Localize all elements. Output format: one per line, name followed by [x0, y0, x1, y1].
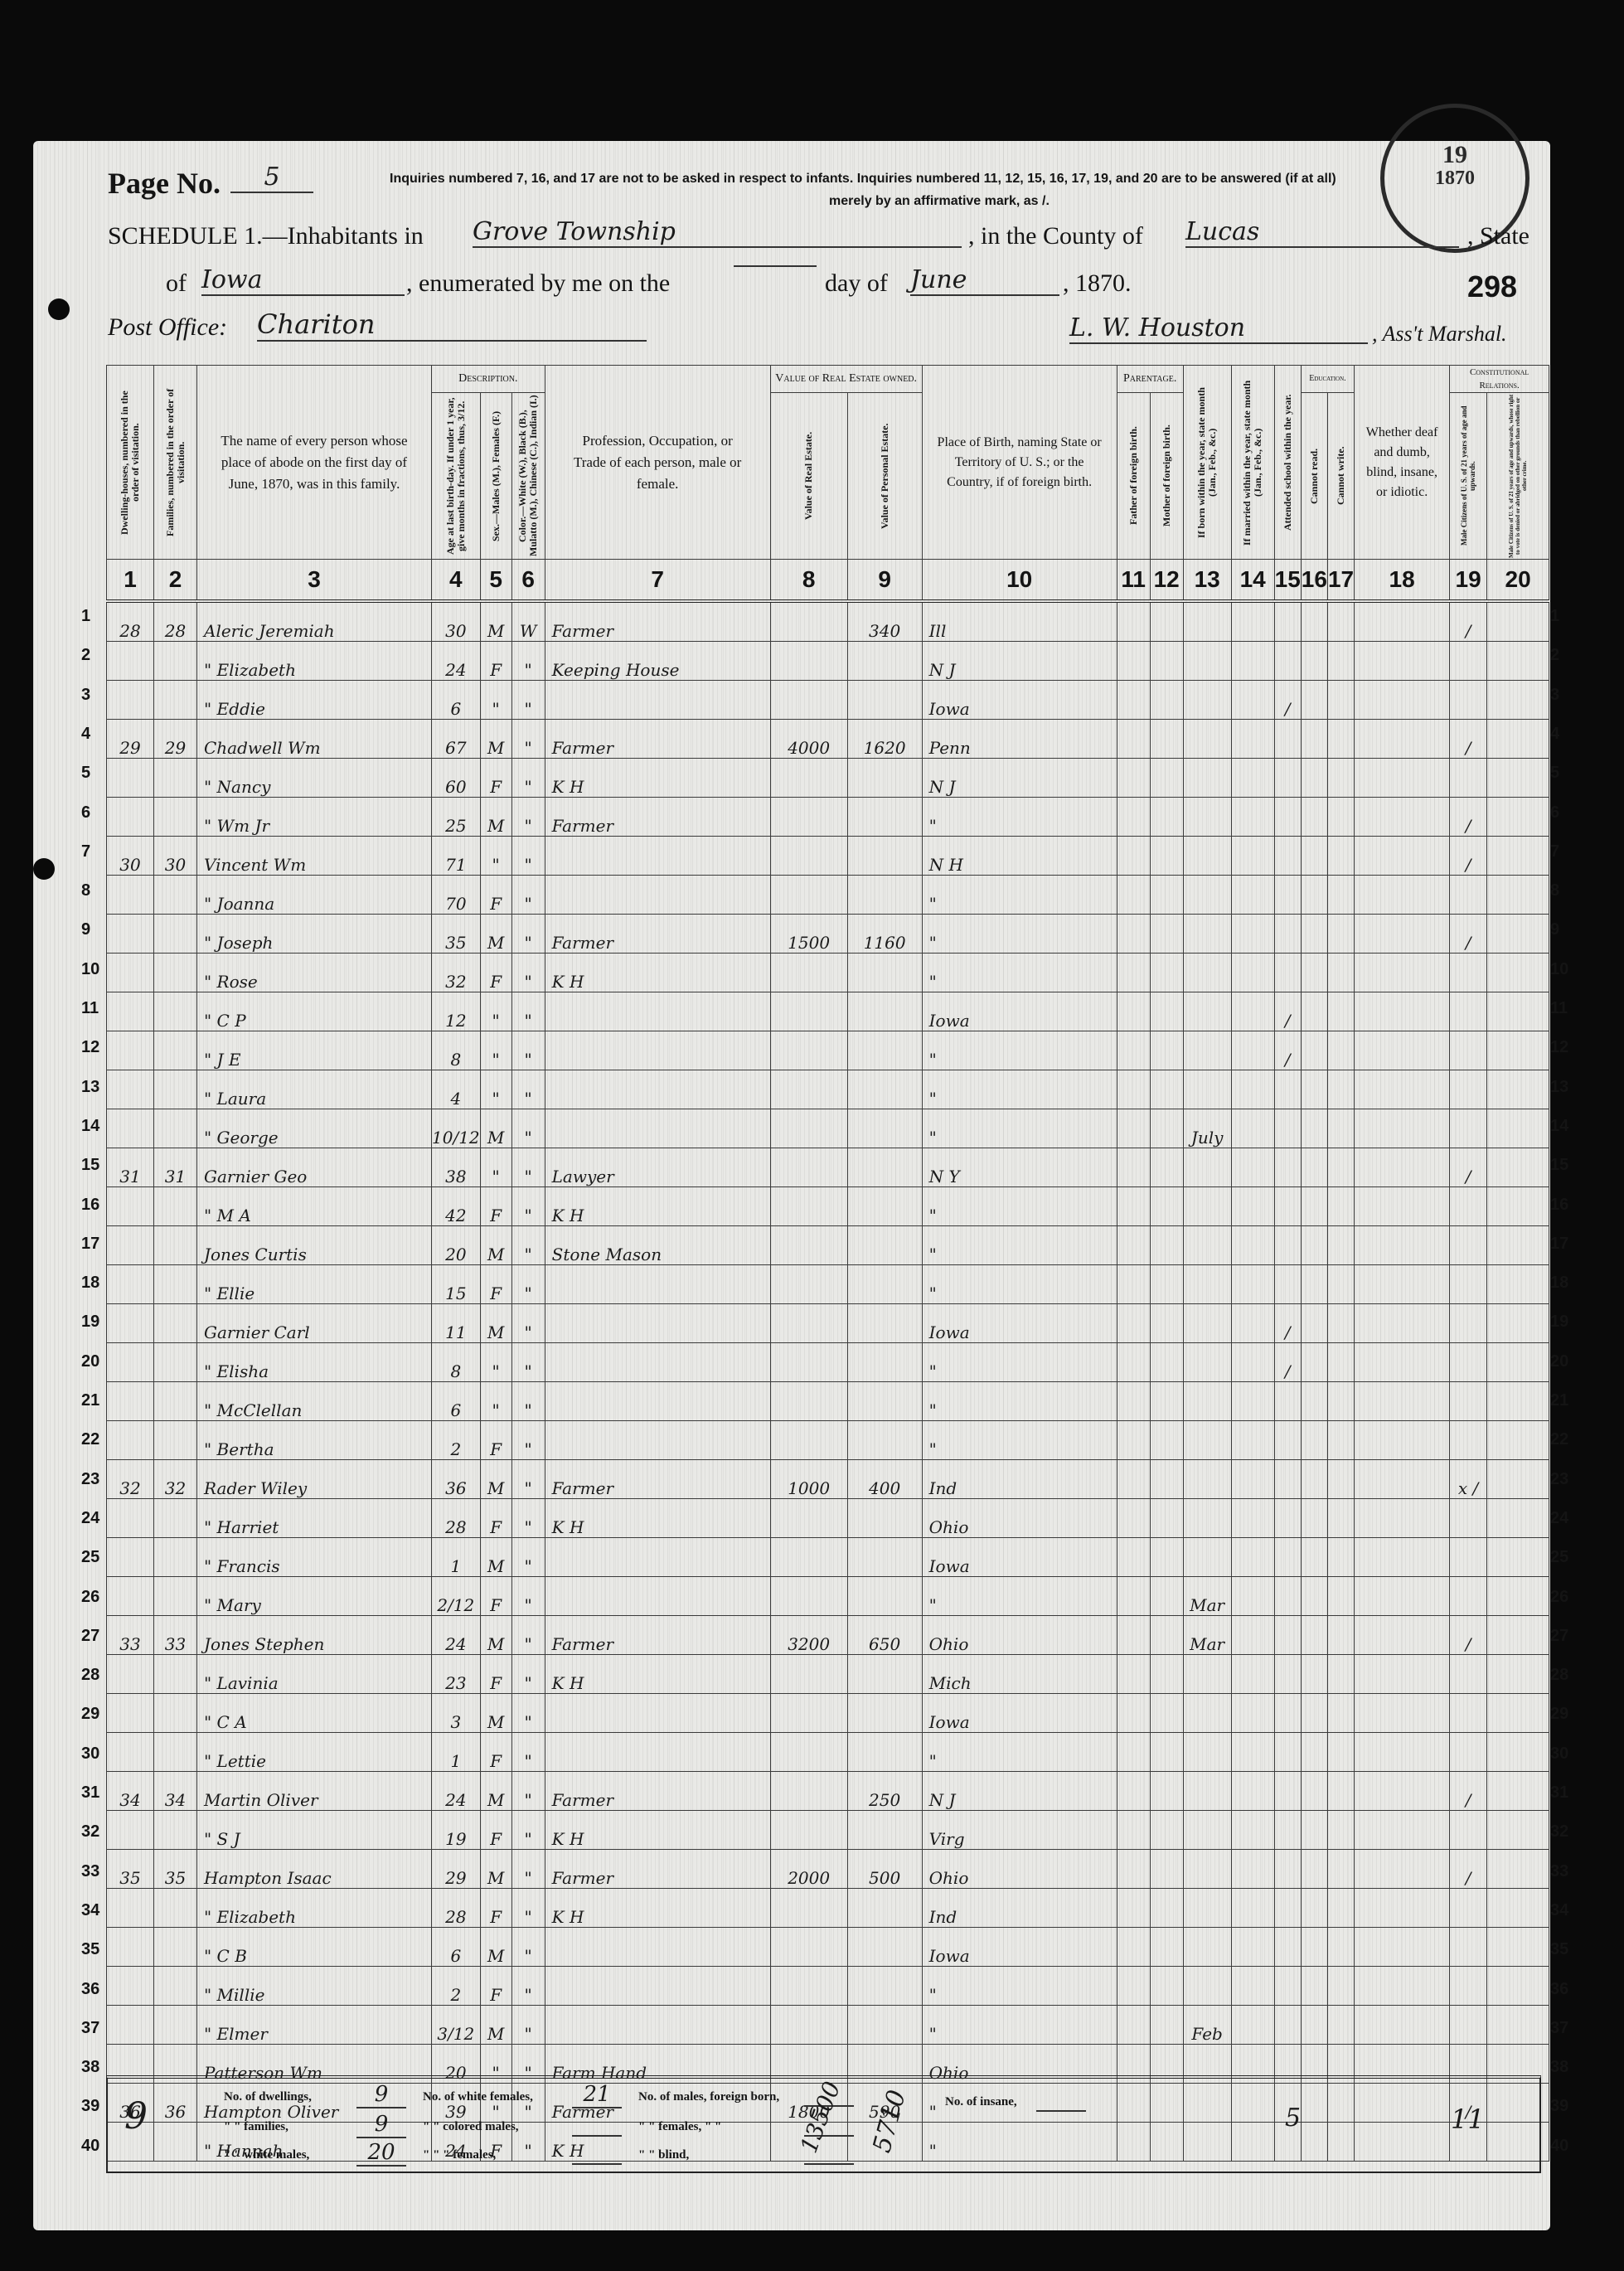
- cell-re: 2000: [770, 1850, 847, 1889]
- blind-label: " " blind,: [638, 2148, 689, 2162]
- cell-c13: [1183, 1265, 1231, 1304]
- line-number: 38: [81, 2058, 99, 2077]
- cell-pe: [847, 1031, 922, 1070]
- cell-dw: [107, 1304, 154, 1343]
- census-row: " Lavinia23F"K HMich: [107, 1655, 1549, 1694]
- cell-c19: [1450, 1304, 1487, 1343]
- cell-col-17: [1327, 1850, 1354, 1889]
- cell-occ: [545, 1733, 770, 1772]
- cell-sex: ": [480, 1343, 511, 1382]
- cell-dw: 34: [107, 1772, 154, 1811]
- cell-dw: 28: [107, 601, 154, 642]
- cell-col-12: [1150, 1343, 1183, 1382]
- census-row: 2828Aleric Jeremiah30MWFarmer340Ill/: [107, 601, 1549, 642]
- cell-age: 29: [432, 1850, 481, 1889]
- cell-col-17: [1327, 1655, 1354, 1694]
- cell-name: " Joseph: [197, 915, 432, 954]
- cell-col-20: [1487, 720, 1549, 759]
- cell-c14: [1231, 1304, 1274, 1343]
- cell-c13: [1183, 681, 1231, 720]
- line-number: 19: [1550, 1313, 1568, 1332]
- cell-col-20: [1487, 2006, 1549, 2045]
- cell-pe: [847, 1577, 922, 1616]
- cell-col-16: [1301, 1031, 1327, 1070]
- cell-c19: [1450, 1031, 1487, 1070]
- cell-dw: [107, 915, 154, 954]
- line-number: 7: [1550, 842, 1559, 861]
- line-number: 29: [1550, 1705, 1568, 1724]
- cell-dw: [107, 1070, 154, 1109]
- cell-name: " C P: [197, 992, 432, 1031]
- cell-school: [1274, 1538, 1301, 1577]
- cell-pe: [847, 1109, 922, 1148]
- cell-age: 19: [432, 1811, 481, 1850]
- cell-col-16: [1301, 1109, 1327, 1148]
- cell-col-11: [1117, 601, 1150, 642]
- cell-pe: [847, 759, 922, 798]
- group-description: Description.: [432, 366, 545, 393]
- cell-school: [1274, 1148, 1301, 1187]
- cell-col-16: [1301, 1928, 1327, 1967]
- cell-col-11: [1117, 1382, 1150, 1421]
- cell-color: W: [511, 601, 545, 642]
- cell-col-16: [1301, 1538, 1327, 1577]
- line-number: 22: [81, 1430, 99, 1449]
- cell-col-11: [1117, 759, 1150, 798]
- cell-occ: [545, 1538, 770, 1577]
- census-row: 3030Vincent Wm71""N H/: [107, 837, 1549, 876]
- cell-col-20: [1487, 1343, 1549, 1382]
- cell-c13: Feb: [1183, 2006, 1231, 2045]
- cell-col-20: [1487, 1304, 1549, 1343]
- cell-birth: Iowa: [922, 1304, 1117, 1343]
- cell-age: 3/12: [432, 2006, 481, 2045]
- cell-dw: [107, 1382, 154, 1421]
- cell-col-11: [1117, 954, 1150, 992]
- cell-school: [1274, 1109, 1301, 1148]
- cell-school: [1274, 915, 1301, 954]
- cell-c14: [1231, 2006, 1274, 2045]
- cell-pe: [847, 1928, 922, 1967]
- cell-color: ": [511, 681, 545, 720]
- cell-name: " Ellie: [197, 1265, 432, 1304]
- census-row: 3434Martin Oliver24M"Farmer250N J/: [107, 1772, 1549, 1811]
- cell-col-12: [1150, 1772, 1183, 1811]
- line-number: 23: [81, 1470, 99, 1489]
- cell-fam: [154, 1031, 197, 1070]
- cell-col-18: [1355, 1889, 1450, 1928]
- dwellings-label: No. of dwellings,: [224, 2090, 312, 2104]
- cell-col-20: [1487, 837, 1549, 876]
- cell-school: [1274, 1928, 1301, 1967]
- cell-col-18: [1355, 1070, 1450, 1109]
- cell-sex: F: [480, 1733, 511, 1772]
- cell-c14: [1231, 992, 1274, 1031]
- col-header-4: Age at last birth-day. If under 1 year, …: [432, 393, 481, 560]
- cell-re: 4000: [770, 720, 847, 759]
- cell-col-17: [1327, 1226, 1354, 1265]
- cell-re: [770, 1031, 847, 1070]
- line-number: 24: [1550, 1509, 1568, 1528]
- cell-birth: ": [922, 1421, 1117, 1460]
- cell-birth: N J: [922, 1772, 1117, 1811]
- cell-color: ": [511, 1109, 545, 1148]
- cell-col-12: [1150, 837, 1183, 876]
- cell-fam: 34: [154, 1772, 197, 1811]
- of-label: of: [166, 269, 187, 298]
- cell-name: " S J: [197, 1811, 432, 1850]
- cell-col-20: [1487, 1577, 1549, 1616]
- cell-fam: [154, 1655, 197, 1694]
- colored-males-value: [572, 2112, 622, 2137]
- cell-pe: [847, 1694, 922, 1733]
- cell-sex: M: [480, 798, 511, 837]
- cell-name: Rader Wiley: [197, 1460, 432, 1499]
- marshal-signature: L. W. Houston: [1069, 313, 1368, 344]
- cell-re: [770, 1499, 847, 1538]
- cell-col-11: [1117, 1772, 1150, 1811]
- cell-sex: F: [480, 1421, 511, 1460]
- cell-c14: [1231, 1382, 1274, 1421]
- line-number: 27: [81, 1627, 99, 1646]
- line-number: 29: [81, 1705, 99, 1724]
- cell-col-16: [1301, 1382, 1327, 1421]
- cell-school: [1274, 642, 1301, 681]
- census-row: " Nancy60F"K HN J: [107, 759, 1549, 798]
- census-row: 3535Hampton Isaac29M"Farmer2000500Ohio/: [107, 1850, 1549, 1889]
- cell-sex: M: [480, 1928, 511, 1967]
- line-number: 30: [81, 1744, 99, 1764]
- cell-col-20: [1487, 1889, 1549, 1928]
- census-row: " Eddie6""Iowa/: [107, 681, 1549, 720]
- cell-age: 23: [432, 1655, 481, 1694]
- foreign-males-label: No. of males, foreign born,: [638, 2090, 779, 2104]
- cell-re: [770, 601, 847, 642]
- line-number: 11: [1550, 999, 1568, 1018]
- cell-age: 2: [432, 1421, 481, 1460]
- line-number: 3: [81, 686, 90, 705]
- cell-color: ": [511, 1421, 545, 1460]
- cell-col-17: [1327, 1616, 1354, 1655]
- cell-c13: [1183, 1460, 1231, 1499]
- cell-col-16: [1301, 2006, 1327, 2045]
- cell-col-16: [1301, 1499, 1327, 1538]
- cell-col-17: [1327, 1187, 1354, 1226]
- line-number: 17: [1550, 1235, 1568, 1254]
- line-number: 20: [1550, 1352, 1568, 1371]
- census-rows: 2828Aleric Jeremiah30MWFarmer340Ill/" El…: [107, 601, 1549, 2162]
- cell-age: 28: [432, 1499, 481, 1538]
- cell-occ: [545, 1421, 770, 1460]
- cell-color: ": [511, 1226, 545, 1265]
- cell-dw: [107, 798, 154, 837]
- cell-c13: [1183, 1343, 1231, 1382]
- cell-re: [770, 954, 847, 992]
- cell-school: [1274, 798, 1301, 837]
- cell-color: ": [511, 1070, 545, 1109]
- cell-fam: 32: [154, 1460, 197, 1499]
- cell-col-17: [1327, 1967, 1354, 2006]
- cell-c19: [1450, 642, 1487, 681]
- cell-c19: [1450, 681, 1487, 720]
- cell-col-11: [1117, 1655, 1150, 1694]
- cell-c19: /: [1450, 1148, 1487, 1187]
- cell-col-16: [1301, 1655, 1327, 1694]
- cell-col-16: [1301, 1850, 1327, 1889]
- line-number: 18: [1550, 1274, 1568, 1293]
- line-number: 31: [1550, 1783, 1568, 1803]
- cell-col-17: [1327, 759, 1354, 798]
- cell-col-18: [1355, 1499, 1450, 1538]
- cell-col-11: [1117, 1421, 1150, 1460]
- line-number: 32: [81, 1822, 99, 1842]
- line-number: 26: [81, 1588, 99, 1607]
- cell-birth: Iowa: [922, 1694, 1117, 1733]
- cell-c19: [1450, 1109, 1487, 1148]
- cell-c13: [1183, 1070, 1231, 1109]
- cell-school: [1274, 759, 1301, 798]
- line-number: 16: [1550, 1196, 1568, 1215]
- cell-birth: ": [922, 1187, 1117, 1226]
- cell-col-18: [1355, 1772, 1450, 1811]
- cell-col-12: [1150, 1070, 1183, 1109]
- cell-pe: [847, 642, 922, 681]
- cell-re: [770, 1187, 847, 1226]
- census-row: Garnier Carl11M"Iowa/: [107, 1304, 1549, 1343]
- cell-fam: 31: [154, 1148, 197, 1187]
- cell-c14: [1231, 1811, 1274, 1850]
- cell-color: ": [511, 1499, 545, 1538]
- cell-col-20: [1487, 876, 1549, 915]
- cell-col-17: [1327, 1889, 1354, 1928]
- cell-col-18: [1355, 798, 1450, 837]
- cell-age: 6: [432, 681, 481, 720]
- cell-col-17: [1327, 798, 1354, 837]
- cell-col-18: [1355, 1655, 1450, 1694]
- line-number: 11: [81, 999, 99, 1018]
- cell-pe: [847, 1070, 922, 1109]
- line-number: 13: [81, 1078, 99, 1097]
- cell-col-16: [1301, 876, 1327, 915]
- cell-col-20: [1487, 915, 1549, 954]
- cell-color: ": [511, 1577, 545, 1616]
- cell-color: ": [511, 1889, 545, 1928]
- cell-occ: Farmer: [545, 1850, 770, 1889]
- cell-fam: [154, 759, 197, 798]
- schedule-label: SCHEDULE 1.—Inhabitants in: [108, 222, 424, 250]
- colored-males-label: " " colored males,: [423, 2120, 519, 2134]
- cell-birth: Iowa: [922, 992, 1117, 1031]
- cell-fam: 30: [154, 837, 197, 876]
- state-field: Iowa: [201, 265, 405, 296]
- cell-c14: [1231, 1187, 1274, 1226]
- cell-col-16: [1301, 681, 1327, 720]
- cell-c13: [1183, 720, 1231, 759]
- insane-label: No. of insane,: [945, 2095, 1017, 2109]
- cell-c14: [1231, 1772, 1274, 1811]
- census-row: " S J19F"K HVirg: [107, 1811, 1549, 1850]
- day-of-label: day of: [825, 269, 888, 298]
- page-summary: 9 No. of dwellings, 9 " " families, 9 " …: [106, 2075, 1541, 2173]
- census-row: " Harriet28F"K HOhio: [107, 1499, 1549, 1538]
- cell-c13: [1183, 1226, 1231, 1265]
- cell-col-12: [1150, 1460, 1183, 1499]
- cell-c14: [1231, 1538, 1274, 1577]
- cell-birth: N Y: [922, 1148, 1117, 1187]
- cell-col-20: [1487, 1187, 1549, 1226]
- cell-fam: [154, 2006, 197, 2045]
- line-number: 7: [81, 842, 90, 861]
- cell-sex: F: [480, 1499, 511, 1538]
- cell-c13: [1183, 1928, 1231, 1967]
- census-row: " Elizabeth24F"Keeping HouseN J: [107, 642, 1549, 681]
- cell-col-12: [1150, 1616, 1183, 1655]
- cell-col-20: [1487, 1694, 1549, 1733]
- cell-age: 20: [432, 1226, 481, 1265]
- cell-c13: [1183, 1850, 1231, 1889]
- cell-col-11: [1117, 1460, 1150, 1499]
- cell-occ: Farmer: [545, 1772, 770, 1811]
- cell-sex: F: [480, 1967, 511, 2006]
- cell-re: 1500: [770, 915, 847, 954]
- dwellings-value: 9: [356, 2082, 406, 2108]
- cell-birth: Penn: [922, 720, 1117, 759]
- cell-birth: ": [922, 1733, 1117, 1772]
- cell-fam: [154, 915, 197, 954]
- cell-dw: [107, 1889, 154, 1928]
- cell-c14: [1231, 1460, 1274, 1499]
- census-row: " Elizabeth28F"K HInd: [107, 1889, 1549, 1928]
- cell-school: [1274, 1265, 1301, 1304]
- cell-color: ": [511, 1304, 545, 1343]
- cell-col-16: [1301, 1967, 1327, 2006]
- cell-pe: 1620: [847, 720, 922, 759]
- cell-col-20: [1487, 1655, 1549, 1694]
- year-label: , 1870.: [1063, 269, 1132, 298]
- cell-c13: [1183, 1304, 1231, 1343]
- cell-col-18: [1355, 642, 1450, 681]
- cell-pe: [847, 1343, 922, 1382]
- cell-dw: [107, 1421, 154, 1460]
- cell-col-17: [1327, 1148, 1354, 1187]
- cell-col-17: [1327, 915, 1354, 954]
- cell-col-12: [1150, 1538, 1183, 1577]
- cell-col-17: [1327, 1421, 1354, 1460]
- cell-c14: [1231, 798, 1274, 837]
- cell-birth: ": [922, 2006, 1117, 2045]
- cell-pe: [847, 1265, 922, 1304]
- cell-re: [770, 1577, 847, 1616]
- cell-occ: [545, 1109, 770, 1148]
- cell-color: ": [511, 1343, 545, 1382]
- cell-col-20: [1487, 1265, 1549, 1304]
- cell-dw: 31: [107, 1148, 154, 1187]
- cell-pe: 650: [847, 1616, 922, 1655]
- cell-occ: [545, 1031, 770, 1070]
- cell-col-11: [1117, 1889, 1150, 1928]
- cell-col-11: [1117, 1343, 1150, 1382]
- cell-c19: [1450, 1694, 1487, 1733]
- col-header-2: Families, numbered in the order of visit…: [154, 366, 197, 560]
- cell-color: ": [511, 1967, 545, 2006]
- cell-col-17: [1327, 681, 1354, 720]
- cell-name: Garnier Carl: [197, 1304, 432, 1343]
- cell-name: " Harriet: [197, 1499, 432, 1538]
- cell-name: Aleric Jeremiah: [197, 601, 432, 642]
- cell-school: [1274, 1733, 1301, 1772]
- cell-dw: [107, 759, 154, 798]
- col-header-17: Cannot write.: [1327, 393, 1354, 560]
- cell-col-11: [1117, 1148, 1150, 1187]
- cell-c13: [1183, 1811, 1231, 1850]
- cell-dw: [107, 1694, 154, 1733]
- cell-school: /: [1274, 1304, 1301, 1343]
- cell-col-18: [1355, 2006, 1450, 2045]
- cell-col-16: [1301, 1304, 1327, 1343]
- cell-pe: 500: [847, 1850, 922, 1889]
- cell-sex: F: [480, 1187, 511, 1226]
- cell-col-12: [1150, 1148, 1183, 1187]
- cell-age: 35: [432, 915, 481, 954]
- cell-c14: [1231, 876, 1274, 915]
- census-row: Jones Curtis20M"Stone Mason": [107, 1226, 1549, 1265]
- cell-school: [1274, 601, 1301, 642]
- cell-fam: [154, 1538, 197, 1577]
- cell-c14: [1231, 1850, 1274, 1889]
- cell-birth: N J: [922, 759, 1117, 798]
- cell-dw: [107, 1928, 154, 1967]
- line-number: 28: [1550, 1666, 1568, 1685]
- cell-col-20: [1487, 1772, 1549, 1811]
- line-number: 2: [81, 646, 90, 665]
- cell-sex: M: [480, 1694, 511, 1733]
- cell-c14: [1231, 1031, 1274, 1070]
- families-label: " " families,: [224, 2120, 288, 2134]
- cell-color: ": [511, 1733, 545, 1772]
- cell-c13: [1183, 1187, 1231, 1226]
- cell-occ: [545, 876, 770, 915]
- cell-fam: 28: [154, 601, 197, 642]
- line-number: 25: [81, 1548, 99, 1567]
- cell-c19: [1450, 1655, 1487, 1694]
- cell-school: [1274, 1694, 1301, 1733]
- cell-school: /: [1274, 1031, 1301, 1070]
- cell-fam: [154, 1382, 197, 1421]
- line-number: 33: [81, 1862, 99, 1881]
- cell-dw: 30: [107, 837, 154, 876]
- cell-occ: Stone Mason: [545, 1226, 770, 1265]
- cell-col-17: [1327, 1460, 1354, 1499]
- page-label: Page No.: [108, 166, 221, 201]
- cell-school: /: [1274, 992, 1301, 1031]
- cell-col-20: [1487, 1070, 1549, 1109]
- cell-re: [770, 798, 847, 837]
- cell-col-17: [1327, 876, 1354, 915]
- cell-color: ": [511, 1811, 545, 1850]
- cell-birth: ": [922, 1109, 1117, 1148]
- census-row: " Elmer3/12M""Feb: [107, 2006, 1549, 2045]
- cell-col-18: [1355, 1421, 1450, 1460]
- cell-sex: M: [480, 1616, 511, 1655]
- cell-school: [1274, 1460, 1301, 1499]
- cell-c19: /: [1450, 798, 1487, 837]
- cell-age: 11: [432, 1304, 481, 1343]
- cell-c14: [1231, 1577, 1274, 1616]
- line-number: 10: [1550, 960, 1568, 979]
- line-number: 38: [1550, 2058, 1568, 2077]
- cell-c13: [1183, 992, 1231, 1031]
- cell-re: [770, 837, 847, 876]
